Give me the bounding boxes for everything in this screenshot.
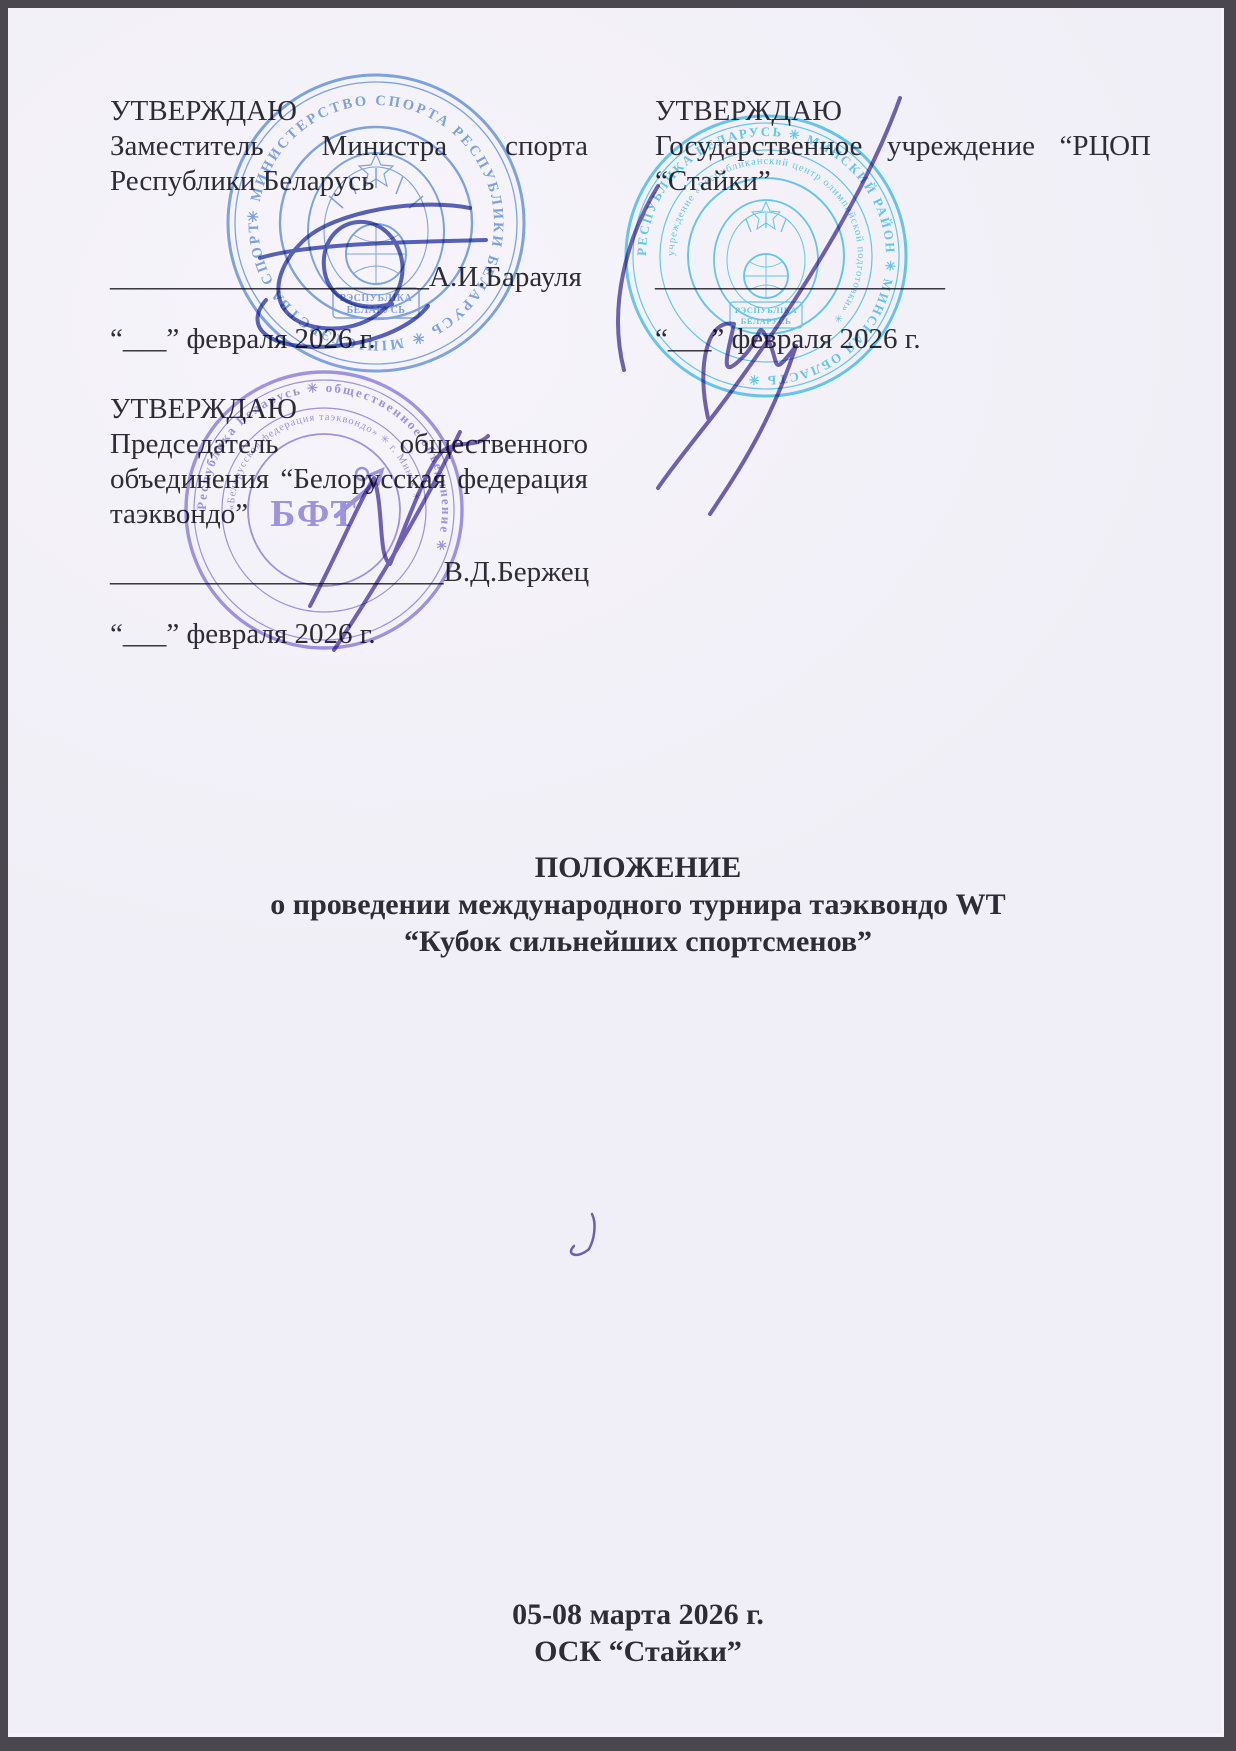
federation-logo-icon: БФТ — [270, 468, 382, 535]
federation-stamp-icon: Республика Беларусь ✳ общественное объед… — [178, 364, 470, 656]
rcop-stamp-icon: РЕСПУБЛИКА БЕЛАРУСЬ ✳ МИНСКИЙ РАЙОН ✳ МИ… — [620, 110, 912, 402]
title-line-3: “Кубок сильнейших спортсменов” — [88, 923, 1188, 960]
title-line-2: о проведении международного турнира таэк… — [88, 886, 1188, 923]
stamp-ribbon-line2: БЕЛАРУСЬ — [347, 305, 406, 316]
event-venue: ОСК “Стайки” — [88, 1633, 1188, 1670]
stamp-ring-inner-text: учреждение «Республиканский центр олимпи… — [666, 156, 866, 326]
paper-sheet: УТВЕРЖДАЮ Заместитель Министра спорта Ре… — [8, 8, 1224, 1737]
document-title: ПОЛОЖЕНИЕ о проведении международного ту… — [88, 849, 1188, 960]
kicker-figure-icon — [336, 468, 382, 516]
federation-logo-text: БФТ — [270, 493, 358, 535]
event-dates: 05-08 марта 2026 г. — [88, 1596, 1188, 1633]
ink-squiggle-mark — [571, 1214, 595, 1255]
scanned-document: { "frame": { "paper_color": "#f3f1f8", "… — [0, 0, 1236, 1751]
ministry-stamp-icon: ✳ МИНИСТЕРСТВО СПОРТА РЕСПУБЛИКИ БЕЛАРУС… — [221, 68, 531, 378]
title-line-1: ПОЛОЖЕНИЕ — [88, 849, 1188, 886]
stamp-ribbon-line1: РЭСПУБЛІКА — [735, 305, 798, 315]
stamp-ribbon-line1: РЭСПУБЛІКА — [340, 293, 413, 304]
event-date-venue: 05-08 марта 2026 г. ОСК “Стайки” — [88, 1596, 1188, 1670]
stamp-ribbon-line2: БЕЛАРУСЬ — [741, 316, 792, 326]
